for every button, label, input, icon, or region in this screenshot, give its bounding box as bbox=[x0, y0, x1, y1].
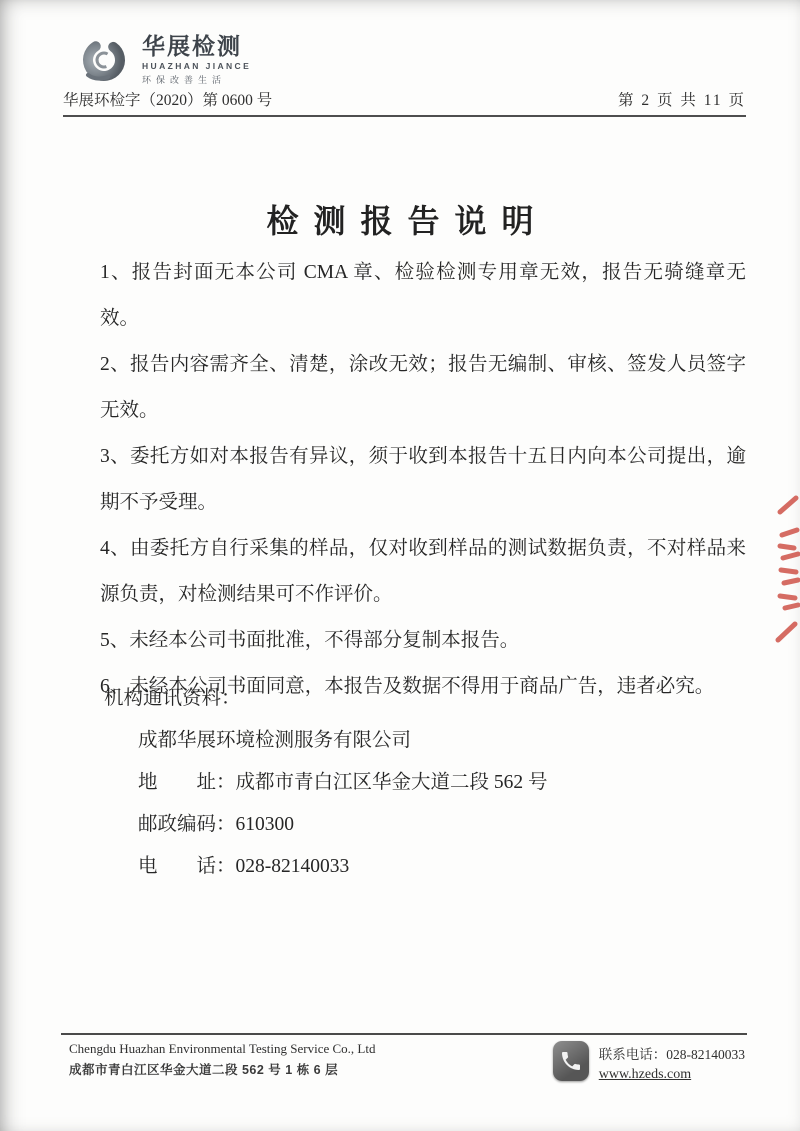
note-item-3: 3、委托方如对本报告有异议，须于收到本报告十五日内向本公司提出，逾期不予受理。 bbox=[100, 434, 746, 526]
logo-name-en: HUAZHAN JIANCE bbox=[142, 61, 251, 71]
logo-slogan: 环保改善生活 bbox=[142, 73, 251, 86]
contact-address: 地 址：成都市青白江区华金大道二段 562 号 bbox=[138, 762, 548, 804]
report-page: 华展检测 HUAZHAN JIANCE 环保改善生活 华展环检字（2020）第 … bbox=[0, 0, 800, 1131]
contact-company: 成都华展环境检测服务有限公司 bbox=[138, 720, 548, 762]
header-rule-row: 华展环检字（2020）第 0600 号 第 2 页 共 11 页 bbox=[63, 88, 746, 117]
contact-phone: 电 话：028-82140033 bbox=[138, 846, 548, 888]
note-item-4: 4、由委托方自行采集的样品，仅对收到样品的测试数据负责，不对样品来源负责，对检测… bbox=[100, 526, 746, 618]
note-item-2: 2、报告内容需齐全、清楚，涂改无效；报告无编制、审核、签发人员签字无效。 bbox=[100, 342, 746, 434]
page-title: 检测报告说明 bbox=[0, 196, 800, 242]
contact-postcode: 邮政编码：610300 bbox=[138, 804, 548, 846]
phone-icon bbox=[553, 1041, 589, 1081]
report-notes: 1、报告封面无本公司 CMA 章、检验检测专用章无效，报告无骑缝章无效。 2、报… bbox=[100, 250, 746, 710]
page-indicator: 第 2 页 共 11 页 bbox=[618, 88, 746, 110]
company-logo: 华展检测 HUAZHAN JIANCE 环保改善生活 bbox=[76, 33, 251, 87]
contact-info: 机构通讯资料： 成都华展环境检测服务有限公司 地 址：成都市青白江区华金大道二段… bbox=[104, 678, 548, 888]
seam-stamp-fragment bbox=[750, 480, 800, 670]
page-footer: Chengdu Huazhan Environmental Testing Se… bbox=[61, 1033, 747, 1083]
footer-contact-block: 联系电话：028-82140033 www.hzeds.com bbox=[553, 1041, 747, 1083]
footer-address-cn: 成都市青白江区华金大道二段 562 号 1 栋 6 层 bbox=[69, 1060, 375, 1078]
footer-contact-lines: 联系电话：028-82140033 www.hzeds.com bbox=[599, 1041, 745, 1083]
contact-heading: 机构通讯资料： bbox=[104, 678, 548, 720]
note-item-1: 1、报告封面无本公司 CMA 章、检验检测专用章无效，报告无骑缝章无效。 bbox=[100, 250, 746, 342]
footer-company-block: Chengdu Huazhan Environmental Testing Se… bbox=[61, 1041, 375, 1078]
document-number: 华展环检字（2020）第 0600 号 bbox=[63, 88, 272, 110]
logo-name-cn: 华展检测 bbox=[142, 34, 251, 58]
swirl-logo-icon bbox=[76, 33, 134, 87]
footer-company-en: Chengdu Huazhan Environmental Testing Se… bbox=[69, 1041, 375, 1057]
footer-website: www.hzeds.com bbox=[599, 1067, 745, 1083]
note-item-5: 5、未经本公司书面批准，不得部分复制本报告。 bbox=[100, 618, 746, 664]
footer-phone: 联系电话：028-82140033 bbox=[599, 1043, 745, 1063]
